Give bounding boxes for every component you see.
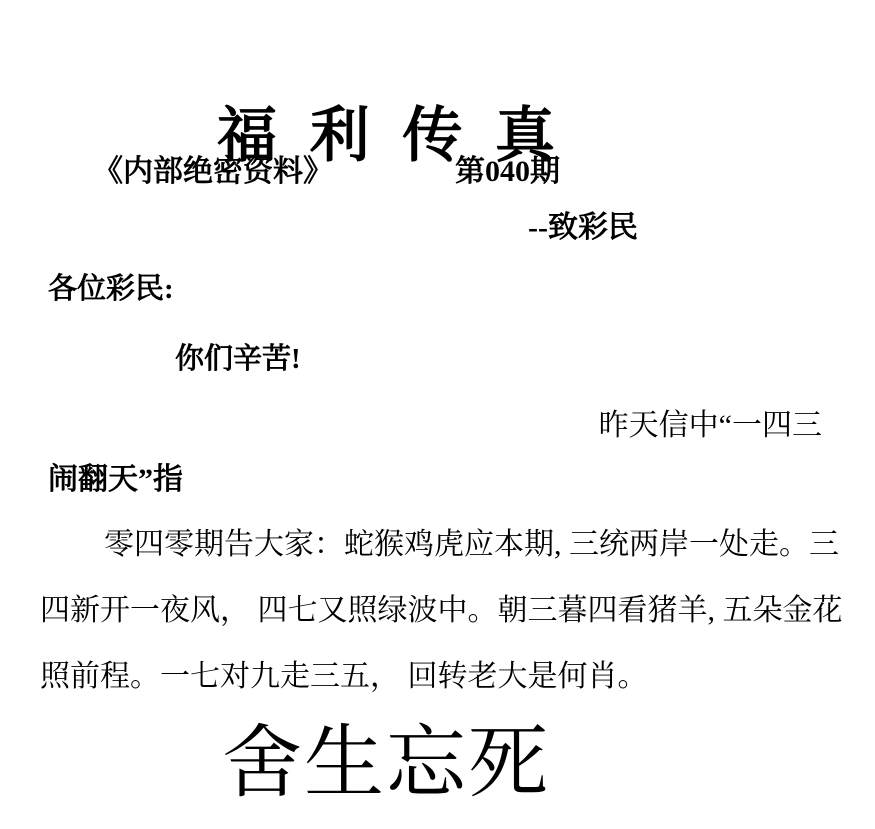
hint-line-right: 昨天信中“一四三	[599, 400, 822, 444]
fax-document-page: 福 利 传 真 《内部绝密资料》 第040期 --致彩民 各位彩民: 你们辛苦!…	[0, 0, 875, 829]
classification-label: 《内部绝密资料》	[93, 146, 333, 190]
hint-line-left: 闹翻天”指	[48, 454, 183, 498]
paragraph-line-1: 零四零期告大家：蛇猴鸡虎应本期, 三统两岸一处走。三	[40, 512, 867, 578]
idiom-headline: 舍生忘死	[222, 698, 550, 813]
paragraph-line-2: 四新开一夜风， 四七又照绿波中。朝三暮四看猪羊, 五朵金花	[40, 578, 867, 644]
issue-number: 第040期	[455, 146, 560, 190]
greeting-line: 你们辛苦!	[175, 336, 301, 377]
salutation-line: 各位彩民:	[48, 266, 174, 307]
dedication-line: --致彩民	[528, 202, 638, 246]
body-paragraph: 零四零期告大家：蛇猴鸡虎应本期, 三统两岸一处走。三 四新开一夜风， 四七又照绿…	[40, 512, 867, 710]
